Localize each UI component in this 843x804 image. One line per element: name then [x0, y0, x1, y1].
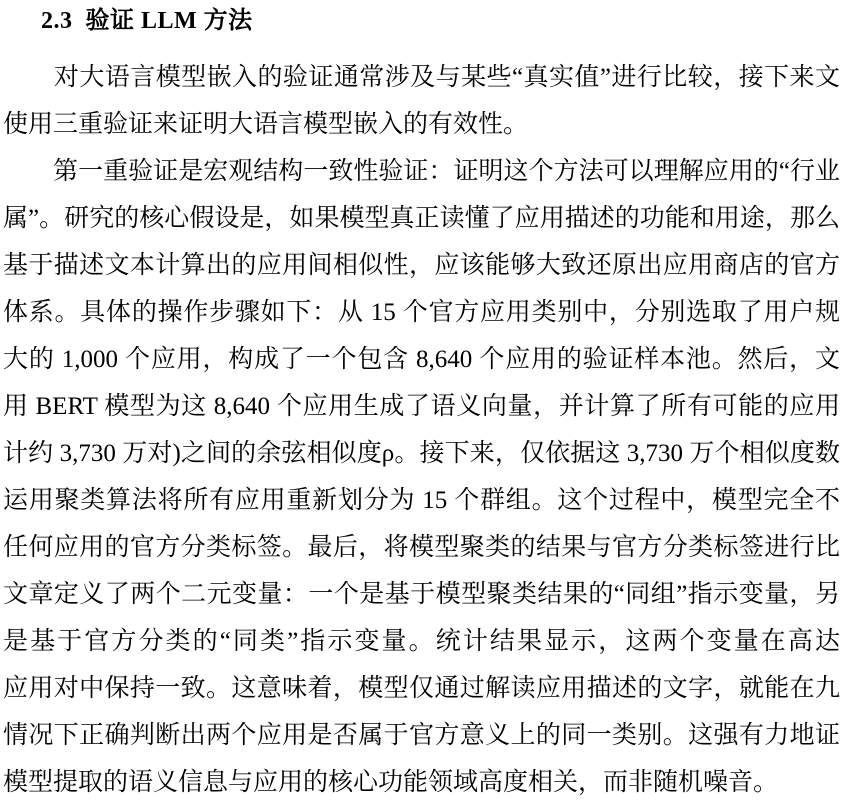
- text-line: 对大语言模型嵌入的验证通常涉及与某些“真实值”进行比较，接下来文章: [3, 54, 840, 101]
- text-line: 体系。具体的操作步骤如下：从 15 个官方应用类别中，分别选取了用户规模最: [3, 289, 840, 336]
- section-heading: 2.3 验证 LLM 方法: [41, 6, 840, 36]
- text-line: 是基于官方分类的“同类”指示变量。统计结果显示，这两个变量在高达 90.4%的: [3, 618, 840, 665]
- text-line: 使用三重验证来证明大语言模型嵌入的有效性。: [3, 101, 840, 148]
- text-line: 属”。研究的核心假设是，如果模型真正读懂了应用描述的功能和用途，那么它: [3, 195, 840, 242]
- text-line: 用 BERT 模型为这 8,640 个应用生成了语义向量，并计算了所有可能的应用…: [3, 383, 840, 430]
- document-page: 2.3 验证 LLM 方法 对大语言模型嵌入的验证通常涉及与某些“真实值”进行比…: [0, 0, 843, 804]
- text-line: 应用对中保持一致。这意味着，模型仅通过解读应用描述的文字，就能在九成的: [3, 665, 840, 712]
- text-line: 大的 1,000 个应用，构成了一个包含 8,640 个应用的验证样本池。然后，…: [3, 336, 840, 383]
- text-line: 文章定义了两个二元变量：一个是基于模型聚类结果的“同组”指示变量，另一个: [3, 571, 840, 618]
- text-line: 第一重验证是宏观结构一致性验证：证明这个方法可以理解应用的“行业归: [3, 148, 840, 195]
- text-line: 任何应用的官方分类标签。最后，将模型聚类的结果与官方分类标签进行比对。: [3, 524, 840, 571]
- body-text: 对大语言模型嵌入的验证通常涉及与某些“真实值”进行比较，接下来文章 使用三重验证…: [3, 54, 840, 804]
- text-line: 基于描述文本计算出的应用间相似性，应该能够大致还原出应用商店的官方分类: [3, 242, 840, 289]
- text-line: 运用聚类算法将所有应用重新划分为 15 个群组。这个过程中，模型完全不知道: [3, 477, 840, 524]
- text-line: 模型提取的语义信息与应用的核心功能领域高度相关，而非随机噪音。: [3, 759, 840, 804]
- text-line: 计约 3,730 万对)之间的余弦相似度ρ。接下来，仅依据这 3,730 万个相…: [3, 430, 840, 477]
- text-line: 情况下正确判断出两个应用是否属于官方意义上的同一类别。这强有力地证明，: [3, 712, 840, 759]
